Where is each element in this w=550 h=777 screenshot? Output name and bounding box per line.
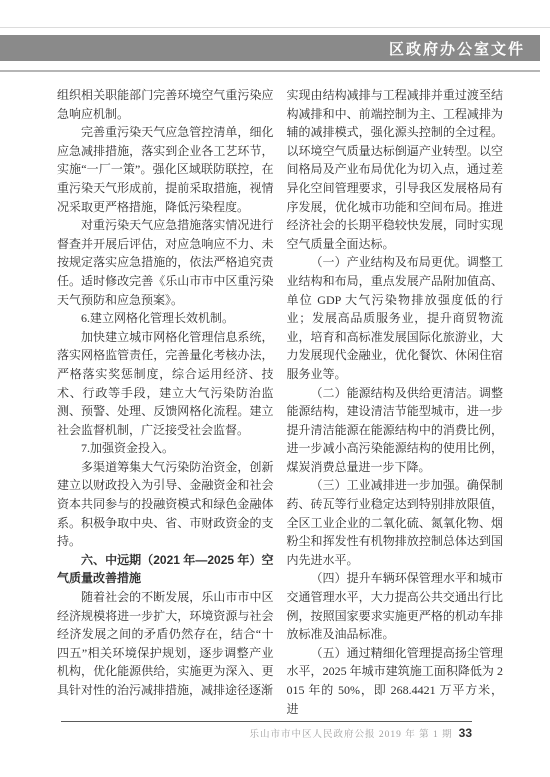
body-paragraph: （五）通过精细化管理提高扬尘管理水平，2025 年城市建筑施工面积降低为 201… <box>287 644 504 718</box>
body-paragraph: 加快建立城市网格化管理信息系统，落实网格监管责任，完善量化考核办法，严格落实奖惩… <box>57 328 274 440</box>
page-footer: 乐山市市中区人民政府公报 2019 年 第 1 期33 <box>61 726 472 742</box>
page-number: 33 <box>459 726 472 740</box>
footer-journal-info: 乐山市市中区人民政府公报 2019 年 第 1 期 <box>250 730 453 740</box>
document-body: 组织相关职能部门完善环境空气重污染应急响应机制。完善重污染天气应急管控清单，细化… <box>57 86 503 718</box>
body-paragraph: 实现由结构减排与工程减排并重过渡至结构减排和中、前端控制为主、工程减排为辅的减排… <box>287 86 504 253</box>
document-page: 区政府办公室文件 组织相关职能部门完善环境空气重污染应急响应机制。完善重污染天气… <box>0 0 550 777</box>
header-title: 区政府办公室文件 <box>389 38 525 59</box>
body-paragraph: （一）产业结构及布局更优。调整工业结构和布局，重点发展产品附加值高、单位 GDP… <box>287 253 504 383</box>
body-paragraph: 7.加强资金投入。 <box>57 439 274 458</box>
body-paragraph: （三）工业减排进一步加强。确保制药、砖瓦等行业稳定达到特别排放限值，全区工业企业… <box>287 476 504 569</box>
header-rule <box>0 70 540 72</box>
body-paragraph: 完善重污染天气应急管控清单，细化应急减排措施，落实到企业各工艺环节，实施“一厂一… <box>57 123 274 216</box>
body-paragraph: 6.建立网格化管理长效机制。 <box>57 309 274 328</box>
page-top-edge-line <box>0 27 550 28</box>
body-paragraph: 随着社会的不断发展，乐山市市中区经济规模将进一步扩大，环境资源与社会经济发展之间… <box>57 588 274 700</box>
body-paragraph: （四）提升车辆环保管理水平和城市交通管理水平，大力提高公共交通出行比例，按照国家… <box>287 569 504 643</box>
body-paragraph: 对重污染天气应急措施落实情况进行督查并开展后评估，对应急响应不力、未按规定落实应… <box>57 216 274 309</box>
body-paragraph: （二）能源结构及供给更清洁。调整能源结构，建设清洁节能型城市，进一步提升清洁能源… <box>287 384 504 477</box>
header-banner: 区政府办公室文件 <box>0 35 540 61</box>
text-column-right: 实现由结构减排与工程减排并重过渡至结构减排和中、前端控制为主、工程减排为辅的减排… <box>287 86 504 718</box>
text-column-left: 组织相关职能部门完善环境空气重污染应急响应机制。完善重污染天气应急管控清单，细化… <box>57 86 274 718</box>
section-heading: 六、中远期（2021 年—2025 年）空气质量改善措施 <box>57 551 274 588</box>
footer-rule <box>61 721 472 722</box>
body-paragraph: 多渠道筹集大气污染防治资金，创新建立以财政投入为引导、金融资金和社会资本共同参与… <box>57 458 274 551</box>
body-paragraph: 组织相关职能部门完善环境空气重污染应急响应机制。 <box>57 86 274 123</box>
